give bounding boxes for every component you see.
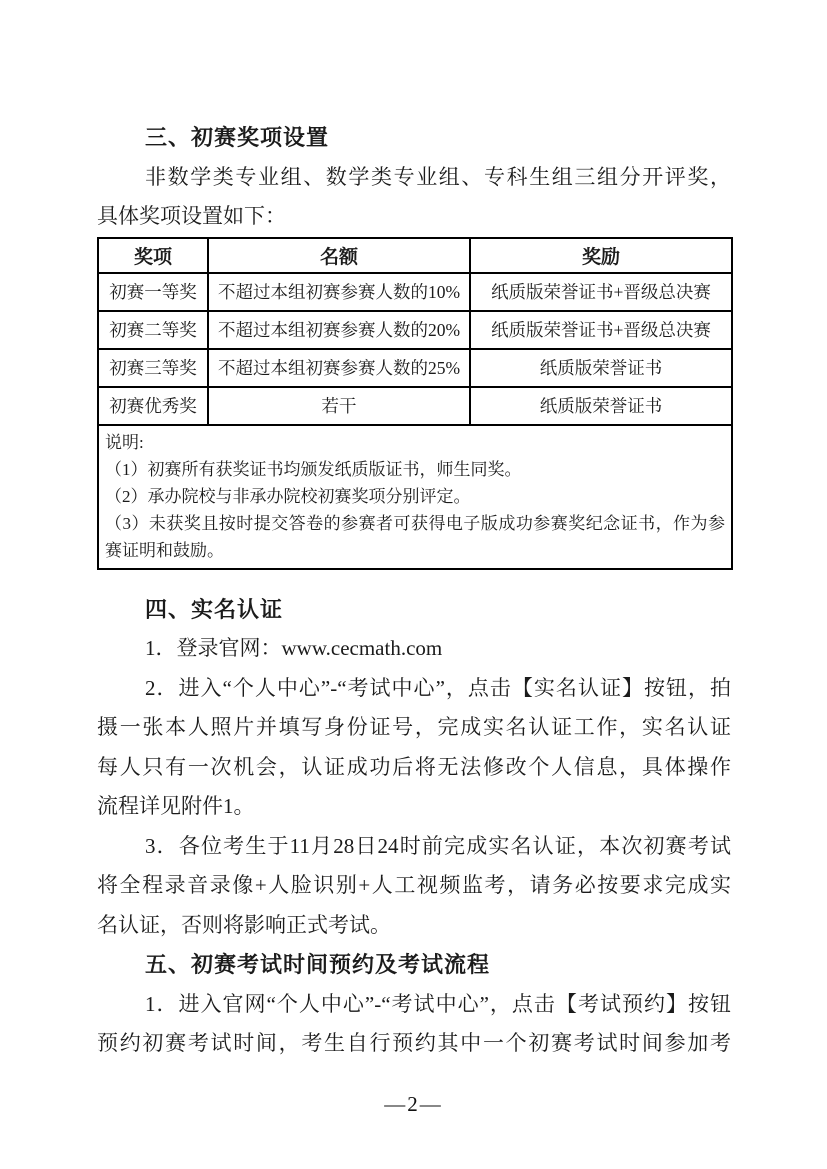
table-header-cell: 奖项 — [98, 238, 208, 273]
text-line: 每人只有一次机会，认证成功后将无法修改个人信息，具体操作 — [97, 748, 731, 788]
notes-lines: （1）初赛所有获奖证书均颁发纸质版证书，师生同奖。（2）承办院校与非承办院校初赛… — [105, 456, 725, 564]
section-awards-lines: 非数学类专业组、数学类专业组、专科生组三组分开评奖，具体奖项设置如下： — [97, 158, 731, 237]
text-line: 非数学类专业组、数学类专业组、专科生组三组分开评奖， — [97, 158, 731, 198]
section-schedule-lines: 1．进入官网“个人中心”-“考试中心”，点击【考试预约】按钮预约初赛考试时间，考… — [97, 985, 731, 1064]
table-row: 初赛二等奖不超过本组初赛参赛人数的20%纸质版荣誉证书+晋级总决赛 — [98, 311, 732, 349]
text-line: 3．各位考生于11月28日24时前完成实名认证，本次初赛考试 — [97, 827, 731, 867]
table-cell: 初赛优秀奖 — [98, 387, 208, 425]
text-line: 名认证，否则将影响正式考试。 — [97, 906, 731, 946]
section-heading-awards: 三、初赛奖项设置 — [97, 118, 731, 158]
table-cell: 纸质版荣誉证书 — [470, 387, 732, 425]
table-header-cell: 奖励 — [470, 238, 732, 273]
note-line: （3）未获奖且按时提交答卷的参赛者可获得电子版成功参赛奖纪念证书，作为参赛证明和… — [105, 510, 725, 564]
table-cell: 纸质版荣誉证书+晋级总决赛 — [470, 311, 732, 349]
table-cell: 不超过本组初赛参赛人数的10% — [208, 273, 470, 311]
table-cell: 不超过本组初赛参赛人数的25% — [208, 349, 470, 387]
text-line: 流程详见附件1。 — [97, 787, 731, 827]
table-cell: 纸质版荣誉证书 — [470, 349, 732, 387]
notes-title: 说明: — [105, 429, 725, 456]
text-line: 摄一张本人照片并填写身份证号，完成实名认证工作，实名认证 — [97, 708, 731, 748]
award-table-header-row: 奖项名额奖励 — [98, 238, 732, 273]
award-table-notes-row: 说明: （1）初赛所有获奖证书均颁发纸质版证书，师生同奖。（2）承办院校与非承办… — [98, 425, 732, 569]
table-header-cell: 名额 — [208, 238, 470, 273]
award-table-notes-cell: 说明: （1）初赛所有获奖证书均颁发纸质版证书，师生同奖。（2）承办院校与非承办… — [98, 425, 732, 569]
table-cell: 初赛三等奖 — [98, 349, 208, 387]
table-cell: 初赛二等奖 — [98, 311, 208, 349]
document-content: 三、初赛奖项设置 非数学类专业组、数学类专业组、专科生组三组分开评奖，具体奖项设… — [97, 118, 731, 1064]
text-line: 1．登录官网：www.cecmath.com — [97, 629, 731, 669]
note-line: （2）承办院校与非承办院校初赛奖项分别评定。 — [105, 483, 725, 510]
text-line: 1．进入官网“个人中心”-“考试中心”，点击【考试预约】按钮 — [97, 985, 731, 1025]
table-cell: 纸质版荣誉证书+晋级总决赛 — [470, 273, 732, 311]
section-heading-schedule: 五、初赛考试时间预约及考试流程 — [97, 945, 731, 985]
table-cell: 不超过本组初赛参赛人数的20% — [208, 311, 470, 349]
section-heading-realname: 四、实名认证 — [97, 590, 731, 630]
text-line: 2．进入“个人中心”-“考试中心”，点击【实名认证】按钮，拍 — [97, 669, 731, 709]
text-line: 预约初赛考试时间，考生自行预约其中一个初赛考试时间参加考 — [97, 1024, 731, 1064]
note-line: （1）初赛所有获奖证书均颁发纸质版证书，师生同奖。 — [105, 456, 725, 483]
section-realname-lines: 1．登录官网：www.cecmath.com2．进入“个人中心”-“考试中心”，… — [97, 629, 731, 945]
text-line: 将全程录音录像+人脸识别+人工视频监考，请务必按要求完成实 — [97, 866, 731, 906]
table-row: 初赛一等奖不超过本组初赛参赛人数的10%纸质版荣誉证书+晋级总决赛 — [98, 273, 732, 311]
award-table: 奖项名额奖励 初赛一等奖不超过本组初赛参赛人数的10%纸质版荣誉证书+晋级总决赛… — [97, 237, 733, 570]
table-row: 初赛三等奖不超过本组初赛参赛人数的25%纸质版荣誉证书 — [98, 349, 732, 387]
table-row: 初赛优秀奖若干纸质版荣誉证书 — [98, 387, 732, 425]
table-cell: 若干 — [208, 387, 470, 425]
document-page: 三、初赛奖项设置 非数学类专业组、数学类专业组、专科生组三组分开评奖，具体奖项设… — [0, 0, 827, 1169]
award-table-body: 初赛一等奖不超过本组初赛参赛人数的10%纸质版荣誉证书+晋级总决赛初赛二等奖不超… — [98, 273, 732, 425]
page-number: —2— — [0, 1092, 827, 1117]
text-line: 具体奖项设置如下： — [97, 197, 731, 237]
table-cell: 初赛一等奖 — [98, 273, 208, 311]
